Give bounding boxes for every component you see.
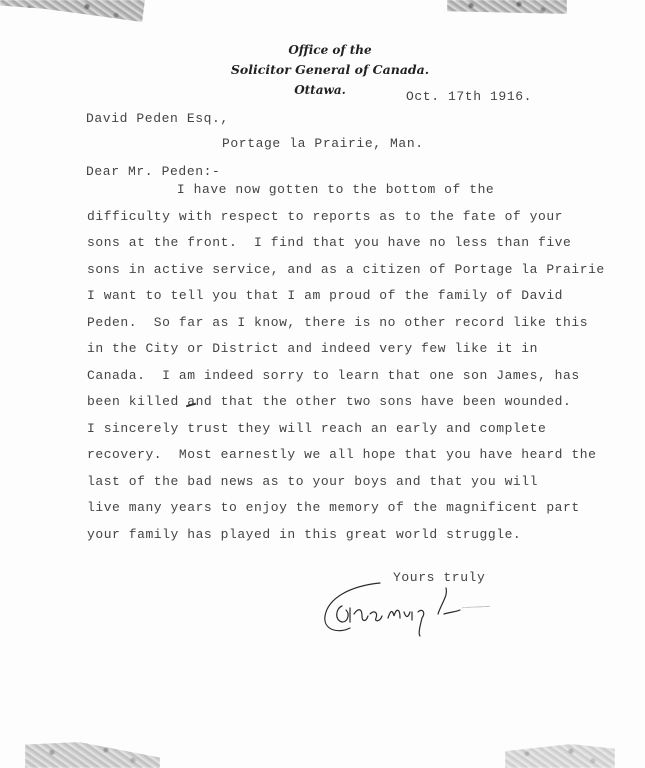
body-line: in the City or District and indeed very … xyxy=(87,341,538,356)
body-line: I want to tell you that I am proud of th… xyxy=(87,288,563,303)
body-line: sons in active service, and as a citizen… xyxy=(87,262,605,277)
body-line: your family has played in this great wor… xyxy=(87,527,521,542)
body-line: I have now gotten to the bottom of the xyxy=(60,182,494,197)
body-line: difficulty with respect to reports as to… xyxy=(87,209,563,224)
letterhead-office: Office of the xyxy=(220,40,440,60)
body-line: been killed and that the other two sons … xyxy=(87,394,571,409)
signature-icon xyxy=(320,578,510,638)
letter-date: Oct. 17th 1916. xyxy=(406,89,532,104)
scan-artifact-top-right xyxy=(447,0,567,14)
body-line: last of the bad news as to your boys and… xyxy=(87,474,538,489)
scan-artifact-top-left xyxy=(0,0,145,22)
scan-artifact-bottom-left xyxy=(25,742,160,768)
body-line: recovery. Most earnestly we all hope tha… xyxy=(87,447,596,462)
letter-page: Office of the Solicitor General of Canad… xyxy=(0,0,645,768)
addressee-name: David Peden Esq., xyxy=(86,111,229,126)
scan-artifact-bottom-right xyxy=(505,744,615,768)
body-line: Peden. So far as I know, there is no oth… xyxy=(87,315,588,330)
addressee-place: Portage la Prairie, Man. xyxy=(222,136,424,151)
body-line: live many years to enjoy the memory of t… xyxy=(87,500,580,515)
body-line: Canada. I am indeed sorry to learn that … xyxy=(87,368,580,383)
salutation: Dear Mr. Peden:- xyxy=(86,164,220,179)
body-line: I sincerely trust they will reach an ear… xyxy=(87,421,546,436)
letterhead-city: Ottawa. xyxy=(200,80,440,100)
body-line: sons at the front. I find that you have … xyxy=(87,235,571,250)
letterhead-title: Solicitor General of Canada. xyxy=(220,60,440,80)
